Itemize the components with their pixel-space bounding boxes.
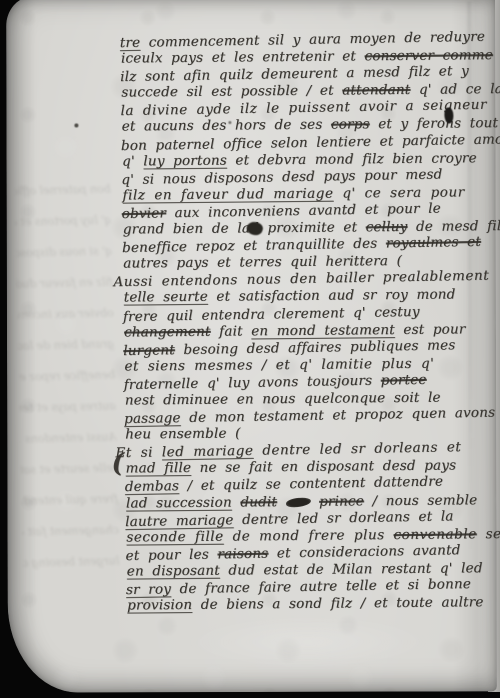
manuscript-word-segment: telle seurte: [124, 289, 208, 306]
manuscript-word-segment: q': [122, 153, 135, 169]
verso-bleed-line: lurgent besoing desd affaires publiques …: [23, 545, 120, 578]
manuscript-word-segment: selon: [485, 526, 500, 542]
manuscript-word-segment: tre: [120, 35, 141, 51]
verso-bleed-line: q' si nous disposons desd pays pour mesd: [16, 235, 113, 268]
manuscript-word-segment: provision: [127, 597, 192, 614]
manuscript-word-segment: royaulmes et: [386, 234, 481, 252]
verso-bleed-line: beneffice repoz et tranquillite des roya…: [19, 359, 116, 392]
manuscript-word-segment: luy portons: [143, 152, 227, 169]
manuscript-word-segment: conserver comme: [364, 47, 493, 64]
verso-bleed-line: changement fait en mond testament est po…: [22, 514, 119, 547]
manuscript-page: bon paternel office selon lentiere et pa…: [6, 0, 497, 693]
manuscript-word-segment: en disposant: [127, 563, 220, 580]
manuscript-word-segment: seconde fille: [126, 528, 223, 545]
manuscript-word-segment: sr roy: [126, 581, 171, 598]
manuscript-word-segment: passage: [124, 410, 181, 427]
manuscript-word-segment: / et quilz se contentent dattendre: [187, 474, 443, 494]
manuscript-word-segment: changement: [124, 323, 211, 340]
manuscript-word-segment: de mond frere plus: [232, 527, 384, 544]
manuscript-word-segment: et debvra mond filz bien croyre: [235, 150, 476, 168]
verso-bleed-line: autres pays et terres quil herittera (: [19, 390, 116, 423]
manuscript-word-segment: et satisfaction aud sr roy mond: [216, 287, 455, 305]
manuscript-word-segment: convenable: [393, 526, 476, 543]
manuscript-word-segment: (: [111, 456, 124, 473]
manuscript-word-segment: dudit: [240, 494, 277, 510]
manuscript-word-segment: celluy: [366, 219, 408, 235]
manuscript-word-segment: raisons: [217, 545, 268, 562]
manuscript-word-segment: / nous semble: [372, 492, 477, 509]
ink-scribble: [285, 497, 311, 508]
manuscript-word-segment: q' ad ce la: [419, 81, 500, 98]
manuscript-word-segment: lautre mariage: [125, 512, 234, 530]
photograph-of-manuscript: bon paternel office selon lentiere et pa…: [0, 0, 500, 698]
ink-dot: [74, 123, 78, 127]
verso-bleed-line: q' luy portons et debvra mond filz bien …: [15, 204, 112, 237]
verso-bleed-line: obvier aux inconveniens avantd et pour l…: [17, 297, 114, 330]
manuscript-word-segment: obvier: [122, 205, 167, 222]
manuscript-word-segment: dentre led sr dorleans et: [262, 439, 461, 458]
manuscript-word-segment: et aucuns des hors de ses: [122, 117, 323, 135]
manuscript-word-segment: dentre led sr dorleans et la: [242, 508, 454, 528]
verso-bleed: bon paternel office selon lentiere et pa…: [14, 173, 120, 583]
manuscript-word-segment: en mond testament: [251, 322, 395, 339]
manuscript-text: tre commencement sil y aura moyen de red…: [120, 30, 499, 615]
paper-stain: [188, 616, 428, 669]
ink-dot: [228, 121, 231, 124]
manuscript-line: provision de biens a sond filz / et tout…: [127, 594, 499, 615]
manuscript-word-segment: corps: [331, 117, 370, 133]
manuscript-word-segment: est pour: [403, 321, 465, 338]
manuscript-word-segment: filz en faveur dud mariage: [122, 185, 333, 203]
manuscript-word-segment: attendant: [342, 82, 410, 99]
manuscript-word-segment: mad fille: [126, 460, 192, 477]
manuscript-word-segment: et consideracions avantd: [277, 542, 461, 561]
verso-bleed-line: frere quil entendra clerement q' cestuy: [22, 483, 119, 516]
manuscript-word-segment: q' ce sera pour: [342, 184, 465, 201]
manuscript-word-segment: de biens a sond filz / et toute aultre: [201, 594, 484, 613]
manuscript-word-segment: heu ensemble (: [125, 426, 241, 443]
manuscript-word-segment: de mesd filz: [416, 218, 500, 235]
manuscript-word-segment: dembas: [125, 479, 180, 496]
verso-bleed-line: telle seurte et satisfaction aud sr roy …: [21, 452, 118, 485]
manuscript-word-segment: fait: [219, 323, 243, 339]
verso-bleed-line: grand bien de lad proximite et celluy de…: [18, 328, 115, 361]
manuscript-word-segment: led mariage: [162, 443, 254, 461]
manuscript-word-segment: prince: [319, 493, 364, 509]
manuscript-word-segment: iceulx pays et les entretenir et: [121, 48, 356, 66]
manuscript-word-segment: lurgent: [123, 342, 175, 359]
ink-blot-right-edge: [444, 107, 453, 123]
manuscript-word-segment: portee: [381, 372, 427, 389]
manuscript-word-segment: et y ferons tout: [378, 116, 498, 133]
manuscript-word-segment: et pour les: [125, 546, 209, 563]
manuscript-word-segment: grand bien de lad proximite et: [123, 219, 357, 237]
manuscript-word-segment: lad succession: [126, 494, 232, 511]
verso-bleed-line: Aussi entendons nous den bailler prealab…: [20, 421, 117, 454]
manuscript-word-segment: succede sil est possible / et: [121, 83, 334, 101]
verso-bleed-line: bon paternel office selon lentiere et pa…: [14, 173, 111, 206]
verso-bleed-line: filz en faveur dud mariage q' ce sera po…: [16, 266, 113, 299]
